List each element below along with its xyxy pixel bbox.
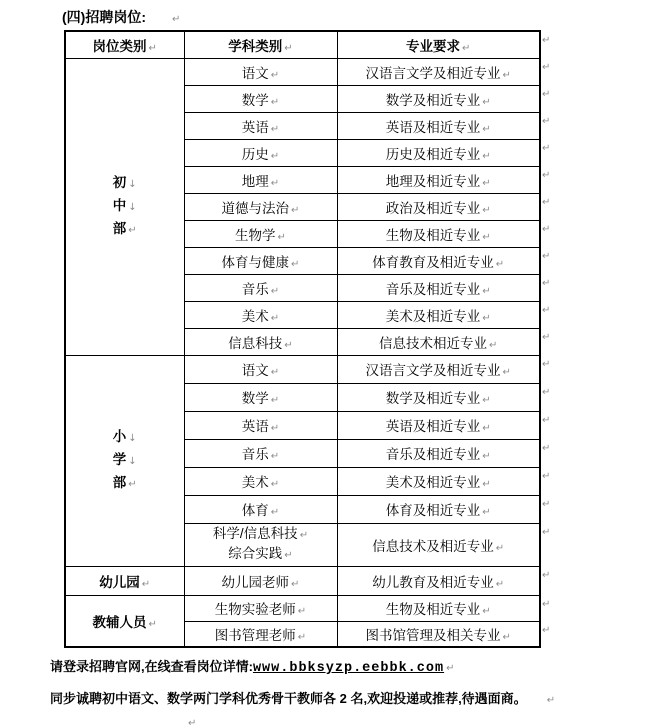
paragraph-mark-icon: ↵ <box>482 395 490 406</box>
major-cell: 美术及相近专业↵ <box>337 467 540 495</box>
major-cell: 幼儿教育及相近专业↵ <box>337 566 540 595</box>
linebreak-mark-icon: ↓ <box>128 428 136 449</box>
document-page: (四)招聘岗位:↵ 岗位类别↵ 学科类别↵ 专业要求↵ 初↓ 中↓ 部↵ 语文↵… <box>0 0 665 728</box>
paragraph-mark-icon: ↵ <box>542 224 550 235</box>
paragraph-mark-icon: ↵ <box>278 232 286 243</box>
table-header-row: 岗位类别↵ 学科类别↵ 专业要求↵ <box>65 31 540 58</box>
paragraph-mark-icon: ↵ <box>542 527 550 538</box>
subject-cell: 体育与健康↵ <box>184 247 337 274</box>
column-header-subject-category: 学科类别↵ <box>184 31 337 58</box>
paragraph-mark-icon: ↵ <box>542 35 550 46</box>
subject-cell: 数学↵ <box>184 383 337 411</box>
paragraph-mark-icon: ↵ <box>482 423 490 434</box>
major-cell: 生物及相近专业↵ <box>337 595 540 621</box>
paragraph-mark-icon: ↵ <box>542 89 550 100</box>
major-cell: 体育及相近专业↵ <box>337 495 540 523</box>
paragraph-mark-icon: ↵ <box>542 305 550 316</box>
subject-cell: 幼儿园老师↵ <box>184 566 337 595</box>
paragraph-mark-icon: ↵ <box>482 313 490 324</box>
paragraph-mark-icon: ↵ <box>542 570 550 581</box>
paragraph-mark-icon: ↵ <box>542 197 550 208</box>
paragraph-mark-icon: ↵ <box>542 625 550 636</box>
paragraph-mark-icon: ↵ <box>542 143 550 154</box>
major-cell: 生物及相近专业↵ <box>337 220 540 247</box>
paragraph-mark-icon: ↵ <box>482 124 490 135</box>
category-cell-kindergarten: 幼儿园↵ <box>65 566 184 595</box>
major-cell: 地理及相近专业↵ <box>337 166 540 193</box>
paragraph-mark-icon: ↵ <box>149 43 157 54</box>
paragraph-mark-icon: ↵ <box>462 43 470 54</box>
paragraph-mark-icon: ↵ <box>482 286 490 297</box>
paragraph-mark-icon: ↵ <box>496 579 504 590</box>
major-cell: 政治及相近专业↵ <box>337 193 540 220</box>
paragraph-mark-icon: ↵ <box>542 116 550 127</box>
paragraph-mark-icon: ↵ <box>542 443 550 454</box>
paragraph-mark-icon: ↵ <box>503 632 511 643</box>
paragraph-mark-icon: ↵ <box>284 43 292 54</box>
linebreak-mark-icon: ↓ <box>128 451 136 472</box>
paragraph-mark-icon: ↵ <box>271 286 279 297</box>
paragraph-mark-icon: ↵ <box>271 507 279 518</box>
paragraph-mark-icon: ↵ <box>496 259 504 270</box>
subject-cell: 历史↵ <box>184 139 337 166</box>
paragraph-mark-icon: ↵ <box>542 599 550 610</box>
major-cell: 数学及相近专业↵ <box>337 85 540 112</box>
category-cell-auxiliary-staff: 教辅人员↵ <box>65 595 184 647</box>
paragraph-mark-icon: ↵ <box>172 14 180 25</box>
subject-cell: 科学/信息科技↵ 综合实践↵ <box>184 523 337 566</box>
major-cell: 音乐及相近专业↵ <box>337 274 540 301</box>
paragraph-mark-icon: ↵ <box>271 178 279 189</box>
paragraph-mark-icon: ↵ <box>298 606 306 617</box>
subject-cell: 地理↵ <box>184 166 337 193</box>
paragraph-mark-icon: ↵ <box>271 151 279 162</box>
paragraph-mark-icon: ↵ <box>542 170 550 181</box>
paragraph-mark-icon: ↵ <box>482 205 490 216</box>
paragraph-mark-icon: ↵ <box>291 259 299 270</box>
recruitment-table: 岗位类别↵ 学科类别↵ 专业要求↵ 初↓ 中↓ 部↵ 语文↵ 汉语言文学及相近专… <box>64 30 541 648</box>
footer-portal-label: 请登录招聘官网,在线查看岗位详情: <box>50 659 253 674</box>
subject-cell: 信息科技↵ <box>184 328 337 355</box>
paragraph-mark-icon: ↵ <box>542 387 550 398</box>
table-row: 小↓ 学↓ 部↵ 语文↵ 汉语言文学及相近专业↵ <box>65 355 540 383</box>
major-cell: 英语及相近专业↵ <box>337 411 540 439</box>
paragraph-mark-icon: ↵ <box>271 423 279 434</box>
major-cell: 汉语言文学及相近专业↵ <box>337 355 540 383</box>
paragraph-mark-icon: ↵ <box>482 606 490 617</box>
paragraph-mark-icon: ↵ <box>503 70 511 81</box>
subject-cell: 生物实验老师↵ <box>184 595 337 621</box>
paragraph-mark-icon: ↵ <box>271 451 279 462</box>
paragraph-mark-icon: ↵ <box>128 474 136 495</box>
paragraph-mark-icon: ↵ <box>542 359 550 370</box>
column-header-major-requirement: 专业要求↵ <box>337 31 540 58</box>
major-cell: 信息技术及相近专业↵ <box>337 523 540 566</box>
paragraph-mark-icon: ↵ <box>482 507 490 518</box>
subject-cell: 音乐↵ <box>184 274 337 301</box>
row-end-marks-column: ↵ ↵ ↵ ↵ ↵ ↵ ↵ ↵ ↵ ↵ ↵ ↵ ↵ ↵ ↵ ↵ ↵ ↵ ↵ ↵ … <box>542 30 562 646</box>
category-cell-junior-high: 初↓ 中↓ 部↵ <box>65 58 184 355</box>
trailing-paragraph-mark: ↵ <box>186 713 196 728</box>
footer-portal-line: 请登录招聘官网,在线查看岗位详情:www.bbksyzp.eebbk.com↵ <box>50 656 454 676</box>
section-title: (四)招聘岗位:↵ <box>62 7 180 27</box>
subject-cell: 语文↵ <box>184 355 337 383</box>
table-row: 幼儿园↵ 幼儿园老师↵ 幼儿教育及相近专业↵ <box>65 566 540 595</box>
paragraph-mark-icon: ↵ <box>503 367 511 378</box>
linebreak-mark-icon: ↓ <box>128 174 136 195</box>
subject-cell: 美术↵ <box>184 301 337 328</box>
paragraph-mark-icon: ↵ <box>542 332 550 343</box>
subject-cell: 英语↵ <box>184 411 337 439</box>
major-cell: 汉语言文学及相近专业↵ <box>337 58 540 85</box>
paragraph-mark-icon: ↵ <box>482 232 490 243</box>
paragraph-mark-icon: ↵ <box>291 579 299 590</box>
major-cell: 英语及相近专业↵ <box>337 112 540 139</box>
subject-cell: 语文↵ <box>184 58 337 85</box>
subject-cell: 体育↵ <box>184 495 337 523</box>
category-cell-primary: 小↓ 学↓ 部↵ <box>65 355 184 566</box>
paragraph-mark-icon: ↵ <box>542 62 550 73</box>
paragraph-mark-icon: ↵ <box>300 527 308 545</box>
subject-cell: 美术↵ <box>184 467 337 495</box>
paragraph-mark-icon: ↵ <box>271 124 279 135</box>
column-header-position-category: 岗位类别↵ <box>65 31 184 58</box>
paragraph-mark-icon: ↵ <box>542 251 550 262</box>
paragraph-mark-icon: ↵ <box>271 395 279 406</box>
paragraph-mark-icon: ↵ <box>542 278 550 289</box>
paragraph-mark-icon: ↵ <box>482 451 490 462</box>
paragraph-mark-icon: ↵ <box>542 471 550 482</box>
paragraph-mark-icon: ↵ <box>284 340 292 351</box>
footer-recruit-text: 同步诚聘初中语文、数学两门学科优秀骨干教师各 2 名,欢迎投递或推荐,待遇面商。 <box>50 691 527 706</box>
subject-cell: 音乐↵ <box>184 439 337 467</box>
paragraph-mark-icon: ↵ <box>298 632 306 643</box>
subject-cell: 英语↵ <box>184 112 337 139</box>
paragraph-mark-icon: ↵ <box>482 479 490 490</box>
paragraph-mark-icon: ↵ <box>149 619 157 630</box>
paragraph-mark-icon: ↵ <box>542 499 550 510</box>
paragraph-mark-icon: ↵ <box>284 547 292 565</box>
paragraph-mark-icon: ↵ <box>482 178 490 189</box>
paragraph-mark-icon: ↵ <box>271 367 279 378</box>
major-cell: 数学及相近专业↵ <box>337 383 540 411</box>
subject-cell: 图书管理老师↵ <box>184 621 337 647</box>
paragraph-mark-icon: ↵ <box>446 663 454 674</box>
subject-cell: 道德与法治↵ <box>184 193 337 220</box>
major-cell: 美术及相近专业↵ <box>337 301 540 328</box>
paragraph-mark-icon: ↵ <box>496 543 504 554</box>
paragraph-mark-icon: ↵ <box>489 340 497 351</box>
paragraph-mark-icon: ↵ <box>188 718 196 728</box>
paragraph-mark-icon: ↵ <box>547 695 555 706</box>
paragraph-mark-icon: ↵ <box>271 97 279 108</box>
major-cell: 音乐及相近专业↵ <box>337 439 540 467</box>
subject-cell: 数学↵ <box>184 85 337 112</box>
section-title-text: (四)招聘岗位: <box>62 9 146 25</box>
subject-cell: 生物学↵ <box>184 220 337 247</box>
major-cell: 图书馆管理及相关专业↵ <box>337 621 540 647</box>
paragraph-mark-icon: ↵ <box>271 313 279 324</box>
table-row: 教辅人员↵ 生物实验老师↵ 生物及相近专业↵ <box>65 595 540 621</box>
paragraph-mark-icon: ↵ <box>482 151 490 162</box>
footer-recruit-line: 同步诚聘初中语文、数学两门学科优秀骨干教师各 2 名,欢迎投递或推荐,待遇面商。… <box>50 688 555 707</box>
recruitment-url-link[interactable]: www.bbksyzp.eebbk.com <box>253 661 444 676</box>
paragraph-mark-icon: ↵ <box>542 415 550 426</box>
major-cell: 历史及相近专业↵ <box>337 139 540 166</box>
paragraph-mark-icon: ↵ <box>482 97 490 108</box>
paragraph-mark-icon: ↵ <box>142 579 150 590</box>
linebreak-mark-icon: ↓ <box>128 197 136 218</box>
paragraph-mark-icon: ↵ <box>291 205 299 216</box>
table-row: 初↓ 中↓ 部↵ 语文↵ 汉语言文学及相近专业↵ <box>65 58 540 85</box>
major-cell: 体育教育及相近专业↵ <box>337 247 540 274</box>
paragraph-mark-icon: ↵ <box>271 70 279 81</box>
paragraph-mark-icon: ↵ <box>128 220 136 241</box>
paragraph-mark-icon: ↵ <box>271 479 279 490</box>
major-cell: 信息技术相近专业↵ <box>337 328 540 355</box>
